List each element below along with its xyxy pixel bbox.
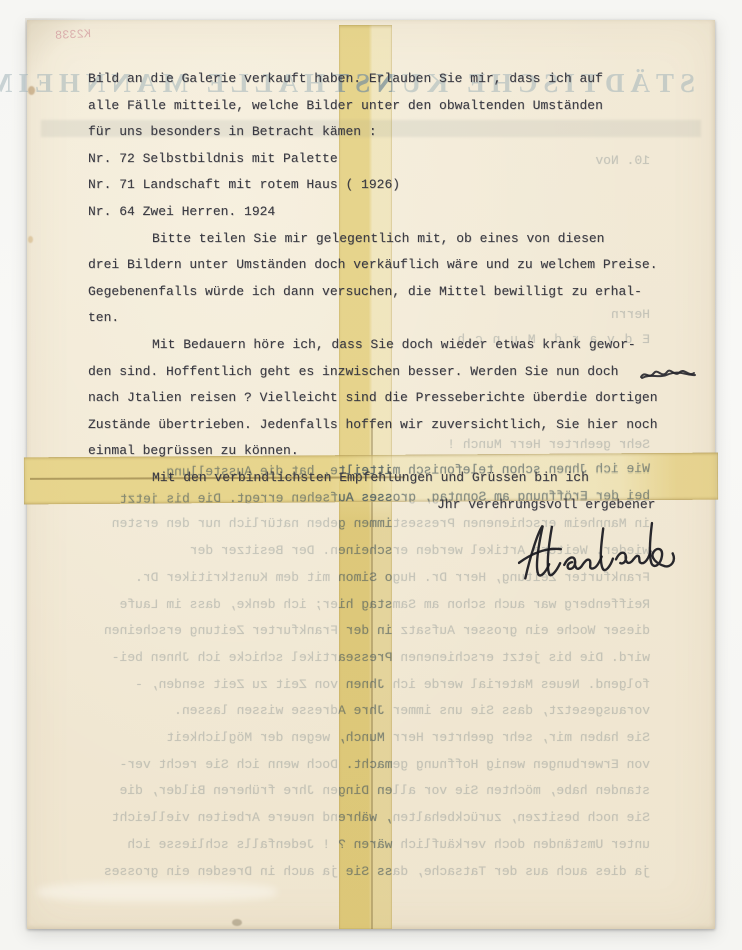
typed-line: Nr. 72 Selbstbildnis mit Palette xyxy=(88,152,338,166)
typed-line: Gegebenenfalls würde ich dann versuchen,… xyxy=(88,285,642,299)
typed-line: Zustände übertrieben. Jedenfalls hoffen … xyxy=(88,418,658,432)
letter-paper-sheet: STÄDTISCHE KUNSTHALLE MANNHEIM K2338 10.… xyxy=(27,20,715,929)
typed-line: Mit den verbindlichsten Empfehlungen und… xyxy=(88,471,589,485)
typed-line: Bitte teilen Sie mir gelegentlich mit, o… xyxy=(88,232,604,246)
scan-background: { "document_type": "typewritten letter s… xyxy=(0,0,742,950)
typed-line: für uns besonders in Betracht kämen : xyxy=(88,125,377,139)
typed-line: ten. xyxy=(88,311,119,325)
typed-line: Mit Bedauern höre ich, dass Sie doch wie… xyxy=(88,338,636,352)
typed-line: einmal begrüssen zu können. xyxy=(88,444,299,458)
typed-line: Jhr verehrungsvoll ergebener xyxy=(88,498,655,512)
typed-line: den sind. Hoffentlich geht es inzwischen… xyxy=(88,365,619,379)
typed-line: drei Bildern unter Umständen doch verkäu… xyxy=(88,258,658,272)
typed-line: alle Fälle mitteile, welche Bilder unter… xyxy=(88,99,603,113)
signature-hartlaub xyxy=(514,509,679,589)
typed-line: Bild an die Galerie verkauft haben. Erla… xyxy=(88,72,603,86)
ink-strikethrough-scribble xyxy=(639,367,697,383)
typed-line: nach Jtalien reisen ? Vielleicht sind di… xyxy=(88,391,658,405)
recto-text-layer: Bild an die Galerie verkauft haben. Erla… xyxy=(27,20,715,929)
typed-line: Nr. 71 Landschaft mit rotem Haus ( 1926) xyxy=(88,178,400,192)
typed-line: Nr. 64 Zwei Herren. 1924 xyxy=(88,205,275,219)
